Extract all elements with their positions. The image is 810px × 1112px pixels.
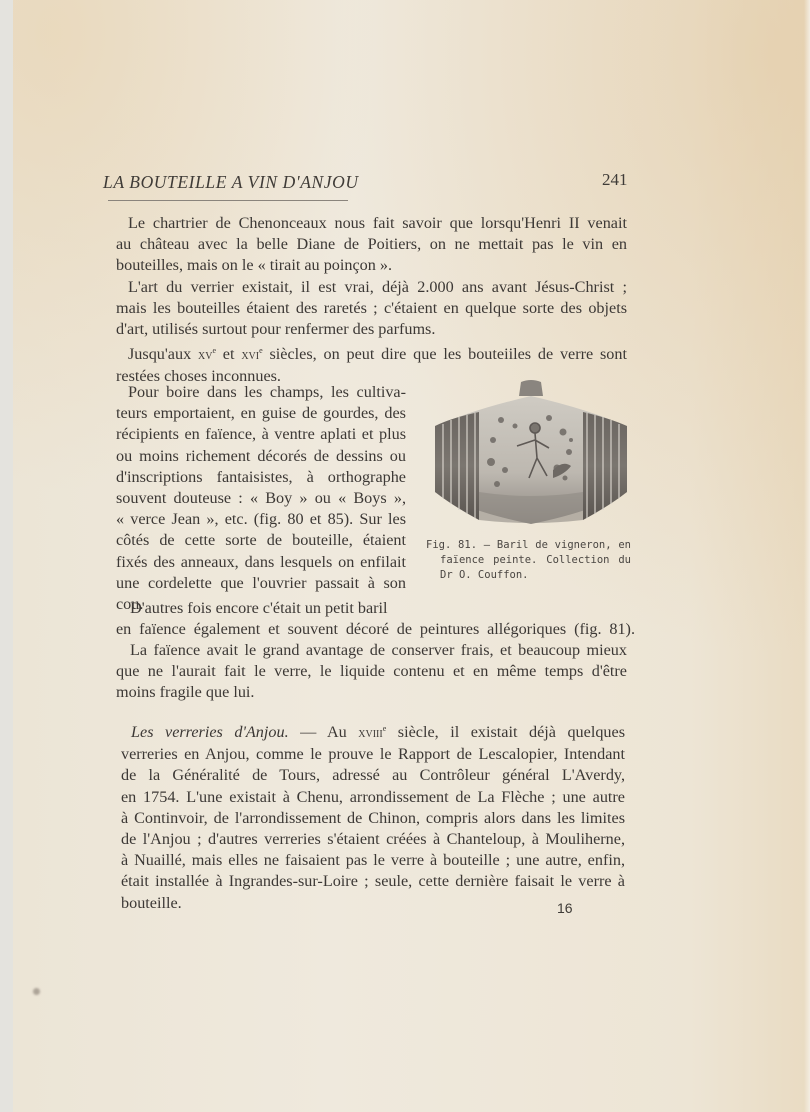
text-line: Les verreries d'Anjou. — Au xviiie siècl… [121, 718, 625, 744]
text-line: au château avec la belle Diane de Poitie… [116, 234, 627, 255]
text-line: D'autres fois encore c'était un petit ba… [116, 598, 406, 619]
text-line: La faïence avait le grand avantage de co… [116, 640, 627, 661]
paragraph-petit-baril: D'autres fois encore c'était un petit ba… [116, 598, 635, 640]
paper-stain [33, 988, 40, 995]
text-line: que ne l'aurait fait le verre, le liquid… [116, 661, 627, 682]
text-line: bouteilles, mais on le « tirait au poinç… [116, 255, 627, 276]
paragraph-verreries-anjou: Les verreries d'Anjou. — Au xviiie siècl… [121, 718, 625, 914]
text-line: de la Généralité de Tours, adressé au Co… [121, 765, 625, 786]
text-line: L'art du verrier existait, il est vrai, … [116, 277, 627, 298]
text-line: d'inscriptions fantaisistes, à orthograp… [116, 467, 406, 488]
figure-faience-barrel [431, 374, 631, 532]
text-line: de l'Anjou ; d'autres verreries s'étaien… [121, 829, 625, 850]
signature-mark: 16 [557, 900, 573, 916]
figure-caption: Fig. 81. — Baril de vigneron, en faïence… [426, 538, 631, 583]
barrel-illustration [431, 374, 631, 532]
paragraph-art-du-verrier: L'art du verrier existait, il est vrai, … [116, 277, 627, 341]
text-line: était installée à Ingrandes-sur-Loire ; … [121, 871, 625, 892]
text-line: à Continvoir, de l'arrondissement de Chi… [121, 808, 625, 829]
text-line: en faïence également et souvent décoré d… [116, 619, 635, 640]
text-line: Pour boire dans les champs, les cultiva- [116, 382, 406, 403]
paragraph-pour-boire: Pour boire dans les champs, les cultiva-… [116, 382, 406, 615]
text-line: moins fragile que lui. [116, 682, 627, 703]
text-line: Jusqu'aux xve et xvie siècles, on peut d… [116, 340, 627, 366]
text-line: teurs emportaient, en guise de gourdes, … [116, 403, 406, 424]
text-line: d'art, utilisés surtout pour renfermer d… [116, 319, 627, 340]
page-number: 241 [602, 170, 628, 190]
text-line: mais les bouteilles étaient des raretés … [116, 298, 627, 319]
text-line: bouteille. [121, 893, 625, 914]
text-line: « verce Jean », etc. (fig. 80 et 85). Su… [116, 509, 406, 530]
text-line: verreries en Anjou, comme le prouve le R… [121, 744, 625, 765]
header-rule [108, 200, 348, 201]
text-line: fixés des anneaux, dans lesquels on enfi… [116, 552, 406, 573]
text-line: souvent douteuse : « Boy » ou « Boys », [116, 488, 406, 509]
caption-line: Dr O. Couffon. [426, 568, 631, 583]
running-head: LA BOUTEILLE A VIN D'ANJOU [103, 172, 359, 193]
book-page: LA BOUTEILLE A VIN D'ANJOU 241 Le chartr… [13, 0, 810, 1112]
text-line: côtés de cette sorte de bouteille, étaie… [116, 530, 406, 551]
text-line: une cordelette que l'ouvrier passait à s… [116, 573, 406, 594]
text-line: ou moins richement décorés de dessins ou [116, 446, 406, 467]
text-line: en 1754. L'une existait à Chenu, arrondi… [121, 787, 625, 808]
section-title: Les verreries d'Anjou. [131, 723, 289, 741]
paragraph-chenonceaux: Le chartrier de Chenonceaux nous fait sa… [116, 213, 627, 277]
paragraph-faience-avantage: La faïence avait le grand avantage de co… [116, 640, 627, 704]
caption-line: faïence peinte. Collection du [426, 553, 631, 568]
caption-line: Fig. 81. — Baril de vigneron, en [426, 538, 631, 553]
text-line: Le chartrier de Chenonceaux nous fait sa… [116, 213, 627, 234]
text-line: à Nuaillé, mais elles ne faisaient pas l… [121, 850, 625, 871]
text-line: récipients en faïence, à ventre aplati e… [116, 424, 406, 445]
